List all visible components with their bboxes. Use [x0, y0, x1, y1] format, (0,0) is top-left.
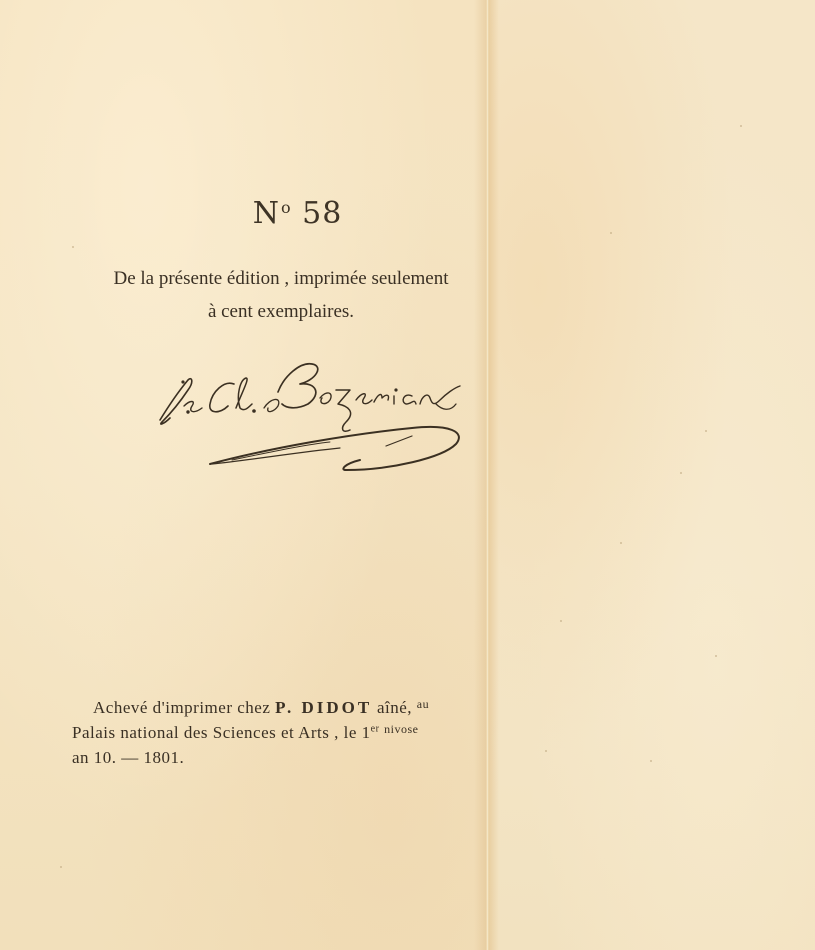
colophon-text: nivose: [384, 722, 418, 736]
foxing-speck: [560, 620, 562, 622]
colophon-text: Palais national des Sciences et Arts , l…: [72, 723, 357, 742]
limitation-line-2: à cent exemplaires.: [60, 301, 502, 323]
colophon-line-3: an 10. — 1801.: [72, 748, 487, 768]
foxing-speck: [650, 760, 652, 762]
foxing-speck: [545, 750, 547, 752]
foxing-speck: [60, 866, 62, 868]
foxing-speck: [680, 472, 682, 474]
ordinal-date: 1er: [362, 723, 380, 742]
foxing-speck: [705, 430, 707, 432]
colophon-text: au: [417, 697, 429, 711]
foxing-speck: [715, 655, 717, 657]
foxing-speck: [620, 542, 622, 544]
colophon-text: Achevé d'imprimer chez: [93, 698, 270, 717]
colophon-line-2: Palais national des Sciences et Arts , l…: [72, 722, 487, 743]
foxing-speck: [740, 125, 742, 127]
handwritten-signature: J.-Cl. Bozerian: [150, 352, 480, 482]
foxing-speck: [72, 246, 74, 248]
foxing-speck: [610, 232, 612, 234]
colophon-line-1: Achevé d'imprimer chez P. DIDOT aîné, au: [93, 697, 508, 718]
limitation-line-1: De la présente édition , imprimée seulem…: [60, 268, 502, 290]
number-sign: No: [253, 196, 292, 231]
right-page-blank: [489, 0, 815, 950]
colophon-text: aîné,: [377, 698, 412, 717]
edition-number: No 58: [0, 196, 595, 231]
edition-number-value: 58: [302, 196, 342, 231]
printer-name: P. DIDOT: [275, 698, 372, 717]
